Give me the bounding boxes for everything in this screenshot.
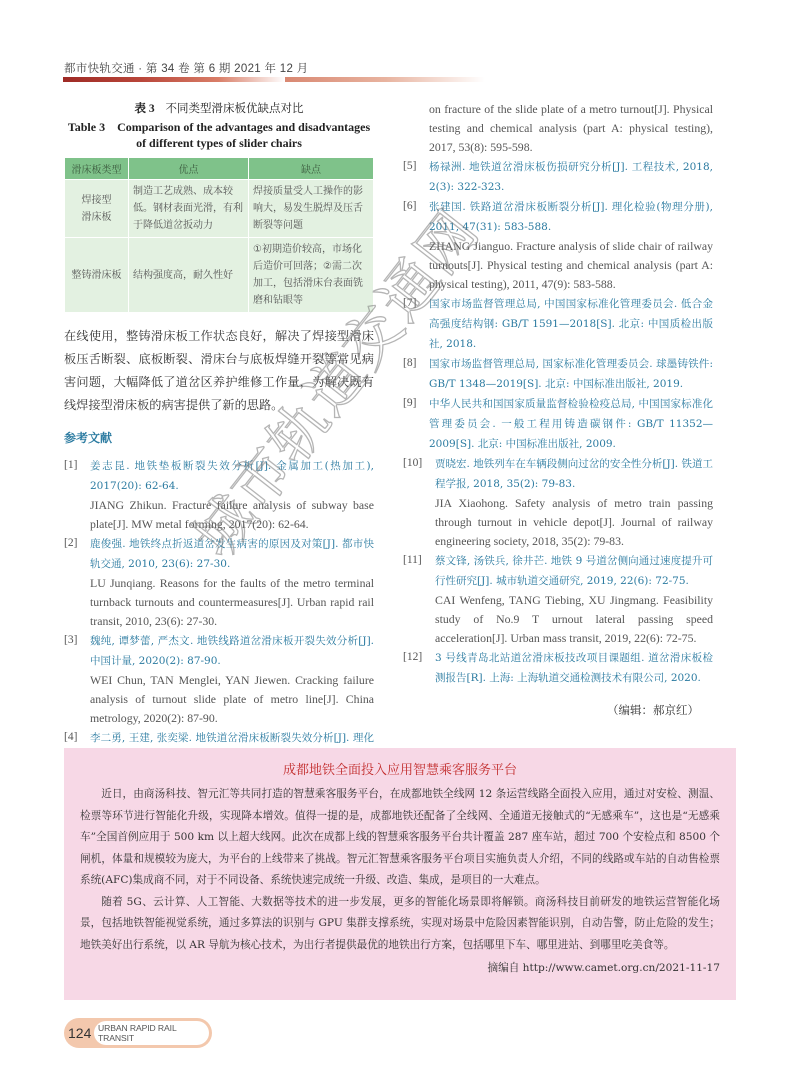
- reference-en: ZHANG Jianguo. Fracture analysis of slid…: [429, 239, 713, 291]
- news-paragraph: 随着 5G、云计算、人工智能、大数据等技术的进一步发展，更多的智能化场景即将解锁…: [80, 892, 720, 957]
- news-title: 成都地铁全面投入应用智慧乘客服务平台: [80, 759, 720, 778]
- reference-number: [6]: [403, 197, 429, 294]
- table-caption-cn-text: 不同类型滑床板优缺点对比: [166, 101, 304, 115]
- page-number: 124: [64, 1025, 94, 1041]
- reference-en: CAI Wenfeng, TANG Tiebing, XU Jingmang. …: [435, 593, 713, 645]
- reference-item: [10] 贾晓宏. 地铁列车在车辆段侧向过岔的安全性分析[J]. 铁道工程学报,…: [403, 454, 713, 551]
- news-source: 摘编自 http://www.camet.org.cn/2021-11-17: [80, 960, 720, 975]
- table-caption-en-line2: of different types of slider chairs: [64, 135, 374, 151]
- reference-cn: 杨禄洲. 地铁道岔滑床板伤损研究分析[J]. 工程技术, 2018, 2(3):…: [429, 161, 713, 193]
- reference-cn: 鹿俊强. 地铁终点折返道岔发生病害的原因及对策[J]. 都市快轨交通, 2010…: [90, 538, 374, 570]
- reference-cn: 国家市场监督管理总局, 国家标准化管理委员会. 球墨铸铁件: GB/T 1348…: [429, 358, 713, 390]
- reference-cn: 魏纯, 谭梦蕾, 严杰文. 地铁线路道岔滑床板开裂失效分析[J]. 中国计量, …: [90, 635, 374, 667]
- reference-continuation: on fracture of the slide plate of a metr…: [403, 100, 713, 157]
- running-head: 都市快轨交通 · 第 34 卷 第 6 期 2021 年 12 月: [64, 60, 308, 76]
- reference-item: [9] 中华人民共和国国家质量监督检验检疫总局, 中国国家标准化管理委员会. 一…: [403, 394, 713, 454]
- reference-number: [10]: [403, 454, 435, 551]
- news-box: 成都地铁全面投入应用智慧乘客服务平台 近日，由商汤科技、智元汇等共同打造的智慧乘…: [64, 748, 736, 1000]
- cell-type: 焊接型 滑床板: [65, 180, 129, 238]
- cell-type: 整铸滑床板: [65, 238, 129, 313]
- reference-en: JIA Xiaohong. Safety analysis of metro t…: [435, 496, 713, 548]
- reference-item: [3] 魏纯, 谭梦蕾, 严杰文. 地铁线路道岔滑床板开裂失效分析[J]. 中国…: [64, 631, 374, 728]
- reference-cn: 贾晓宏. 地铁列车在车辆段侧向过岔的安全性分析[J]. 铁道工程学报, 2018…: [435, 458, 713, 490]
- reference-list-left: [1] 姜志昆. 地铁垫板断裂失效分析[J]. 金属加工(热加工), 2017(…: [64, 456, 374, 787]
- comparison-table: 滑床板类型 优点 缺点 焊接型 滑床板 制造工艺成熟、成本较低。钢材表面光滑，有…: [64, 157, 374, 313]
- page-footer: 124 URBAN RAPID RAIL TRANSIT: [64, 1018, 212, 1048]
- reference-cn: 国家市场监督管理总局, 中国国家标准化管理委员会. 低合金高强度结构钢: GB/…: [429, 298, 713, 350]
- table-caption-en-line1: Table 3 Comparison of the advantages and…: [64, 119, 374, 135]
- reference-number: [5]: [403, 157, 429, 197]
- cell-disadvantages: 焊接质量受人工操作的影响大，易发生脱焊及压舌断裂等问题: [249, 180, 374, 238]
- reference-item: [8] 国家市场监督管理总局, 国家标准化管理委员会. 球墨铸铁件: GB/T …: [403, 354, 713, 394]
- reference-item: [1] 姜志昆. 地铁垫板断裂失效分析[J]. 金属加工(热加工), 2017(…: [64, 456, 374, 534]
- reference-cn: 3 号线青岛北站道岔滑床板技改项目课题组. 道岔滑床板检测报告[R]. 上海: …: [435, 652, 713, 684]
- news-paragraph: 近日，由商汤科技、智元汇等共同打造的智慧乘客服务平台，在成都地铁全线网 12 条…: [80, 784, 720, 892]
- left-column: 表 3 不同类型滑床板优缺点对比 Table 3 Comparison of t…: [64, 100, 374, 787]
- table-header-row: 滑床板类型 优点 缺点: [65, 158, 374, 180]
- cell-disadvantages: ①初期造价较高，市场化后造价可回落；②需二次加工，包括滑床台表面铣磨和钻眼等: [249, 238, 374, 313]
- reference-cn: 蔡文锋, 汤铁兵, 徐井芒. 地铁 9 号道岔侧向通过速度提升可行性研究[J].…: [435, 555, 713, 587]
- table-row: 整铸滑床板 结构强度高，耐久性好 ①初期造价较高，市场化后造价可回落；②需二次加…: [65, 238, 374, 313]
- reference-item: [7] 国家市场监督管理总局, 中国国家标准化管理委员会. 低合金高强度结构钢:…: [403, 294, 713, 354]
- body-paragraph: 在线使用，整铸滑床板工作状态良好，解决了焊接型滑床板压舌断裂、底板断裂、滑床台与…: [64, 325, 374, 417]
- header-rule-fade: [285, 77, 485, 82]
- table-caption-cn: 表 3 不同类型滑床板优缺点对比: [64, 100, 374, 116]
- reference-number: [7]: [403, 294, 429, 354]
- table-caption-label: 表 3: [134, 103, 154, 115]
- column-header-type: 滑床板类型: [65, 158, 129, 180]
- reference-number: [11]: [403, 551, 435, 648]
- reference-cn: 中华人民共和国国家质量监督检验检疫总局, 中国国家标准化管理委员会. 一般工程用…: [429, 398, 713, 450]
- reference-cn: 姜志昆. 地铁垫板断裂失效分析[J]. 金属加工(热加工), 2017(20):…: [90, 460, 374, 492]
- cell-advantages: 制造工艺成熟、成本较低。钢材表面光滑，有利于降低道岔扳动力: [129, 180, 249, 238]
- table-row: 焊接型 滑床板 制造工艺成熟、成本较低。钢材表面光滑，有利于降低道岔扳动力 焊接…: [65, 180, 374, 238]
- reference-number: [3]: [64, 631, 90, 728]
- reference-cn: 张建国. 铁路道岔滑床板断裂分析[J]. 理化检验(物理分册), 2011, 4…: [429, 201, 713, 233]
- table-caption-en: Table 3 Comparison of the advantages and…: [64, 119, 374, 151]
- column-header-advantages: 优点: [129, 158, 249, 180]
- reference-number: [12]: [403, 648, 435, 688]
- references-heading: 参考文献: [64, 429, 374, 446]
- reference-en: LU Junqiang. Reasons for the faults of t…: [90, 576, 374, 628]
- reference-en: WEI Chun, TAN Menglei, YAN Jiewen. Crack…: [90, 673, 374, 725]
- cell-advantages: 结构强度高，耐久性好: [129, 238, 249, 313]
- column-header-disadvantages: 缺点: [249, 158, 374, 180]
- reference-item: [5] 杨禄洲. 地铁道岔滑床板伤损研究分析[J]. 工程技术, 2018, 2…: [403, 157, 713, 197]
- reference-number: [1]: [64, 456, 90, 534]
- reference-en: JIANG Zhikun. Fracture failure analysis …: [90, 498, 374, 531]
- right-column: on fracture of the slide plate of a metr…: [403, 100, 713, 718]
- reference-number: [2]: [64, 534, 90, 631]
- reference-item: [2] 鹿俊强. 地铁终点折返道岔发生病害的原因及对策[J]. 都市快轨交通, …: [64, 534, 374, 631]
- reference-item: [6] 张建国. 铁路道岔滑床板断裂分析[J]. 理化检验(物理分册), 201…: [403, 197, 713, 294]
- reference-number: [8]: [403, 354, 429, 394]
- journal-name: URBAN RAPID RAIL TRANSIT: [94, 1021, 209, 1045]
- reference-number: [9]: [403, 394, 429, 454]
- header-rule: [63, 77, 285, 82]
- reference-item: [11] 蔡文锋, 汤铁兵, 徐井芒. 地铁 9 号道岔侧向通过速度提升可行性研…: [403, 551, 713, 648]
- reference-item: [12] 3 号线青岛北站道岔滑床板技改项目课题组. 道岔滑床板检测报告[R].…: [403, 648, 713, 688]
- editor-credit: （编辑：郝京红）: [403, 702, 713, 718]
